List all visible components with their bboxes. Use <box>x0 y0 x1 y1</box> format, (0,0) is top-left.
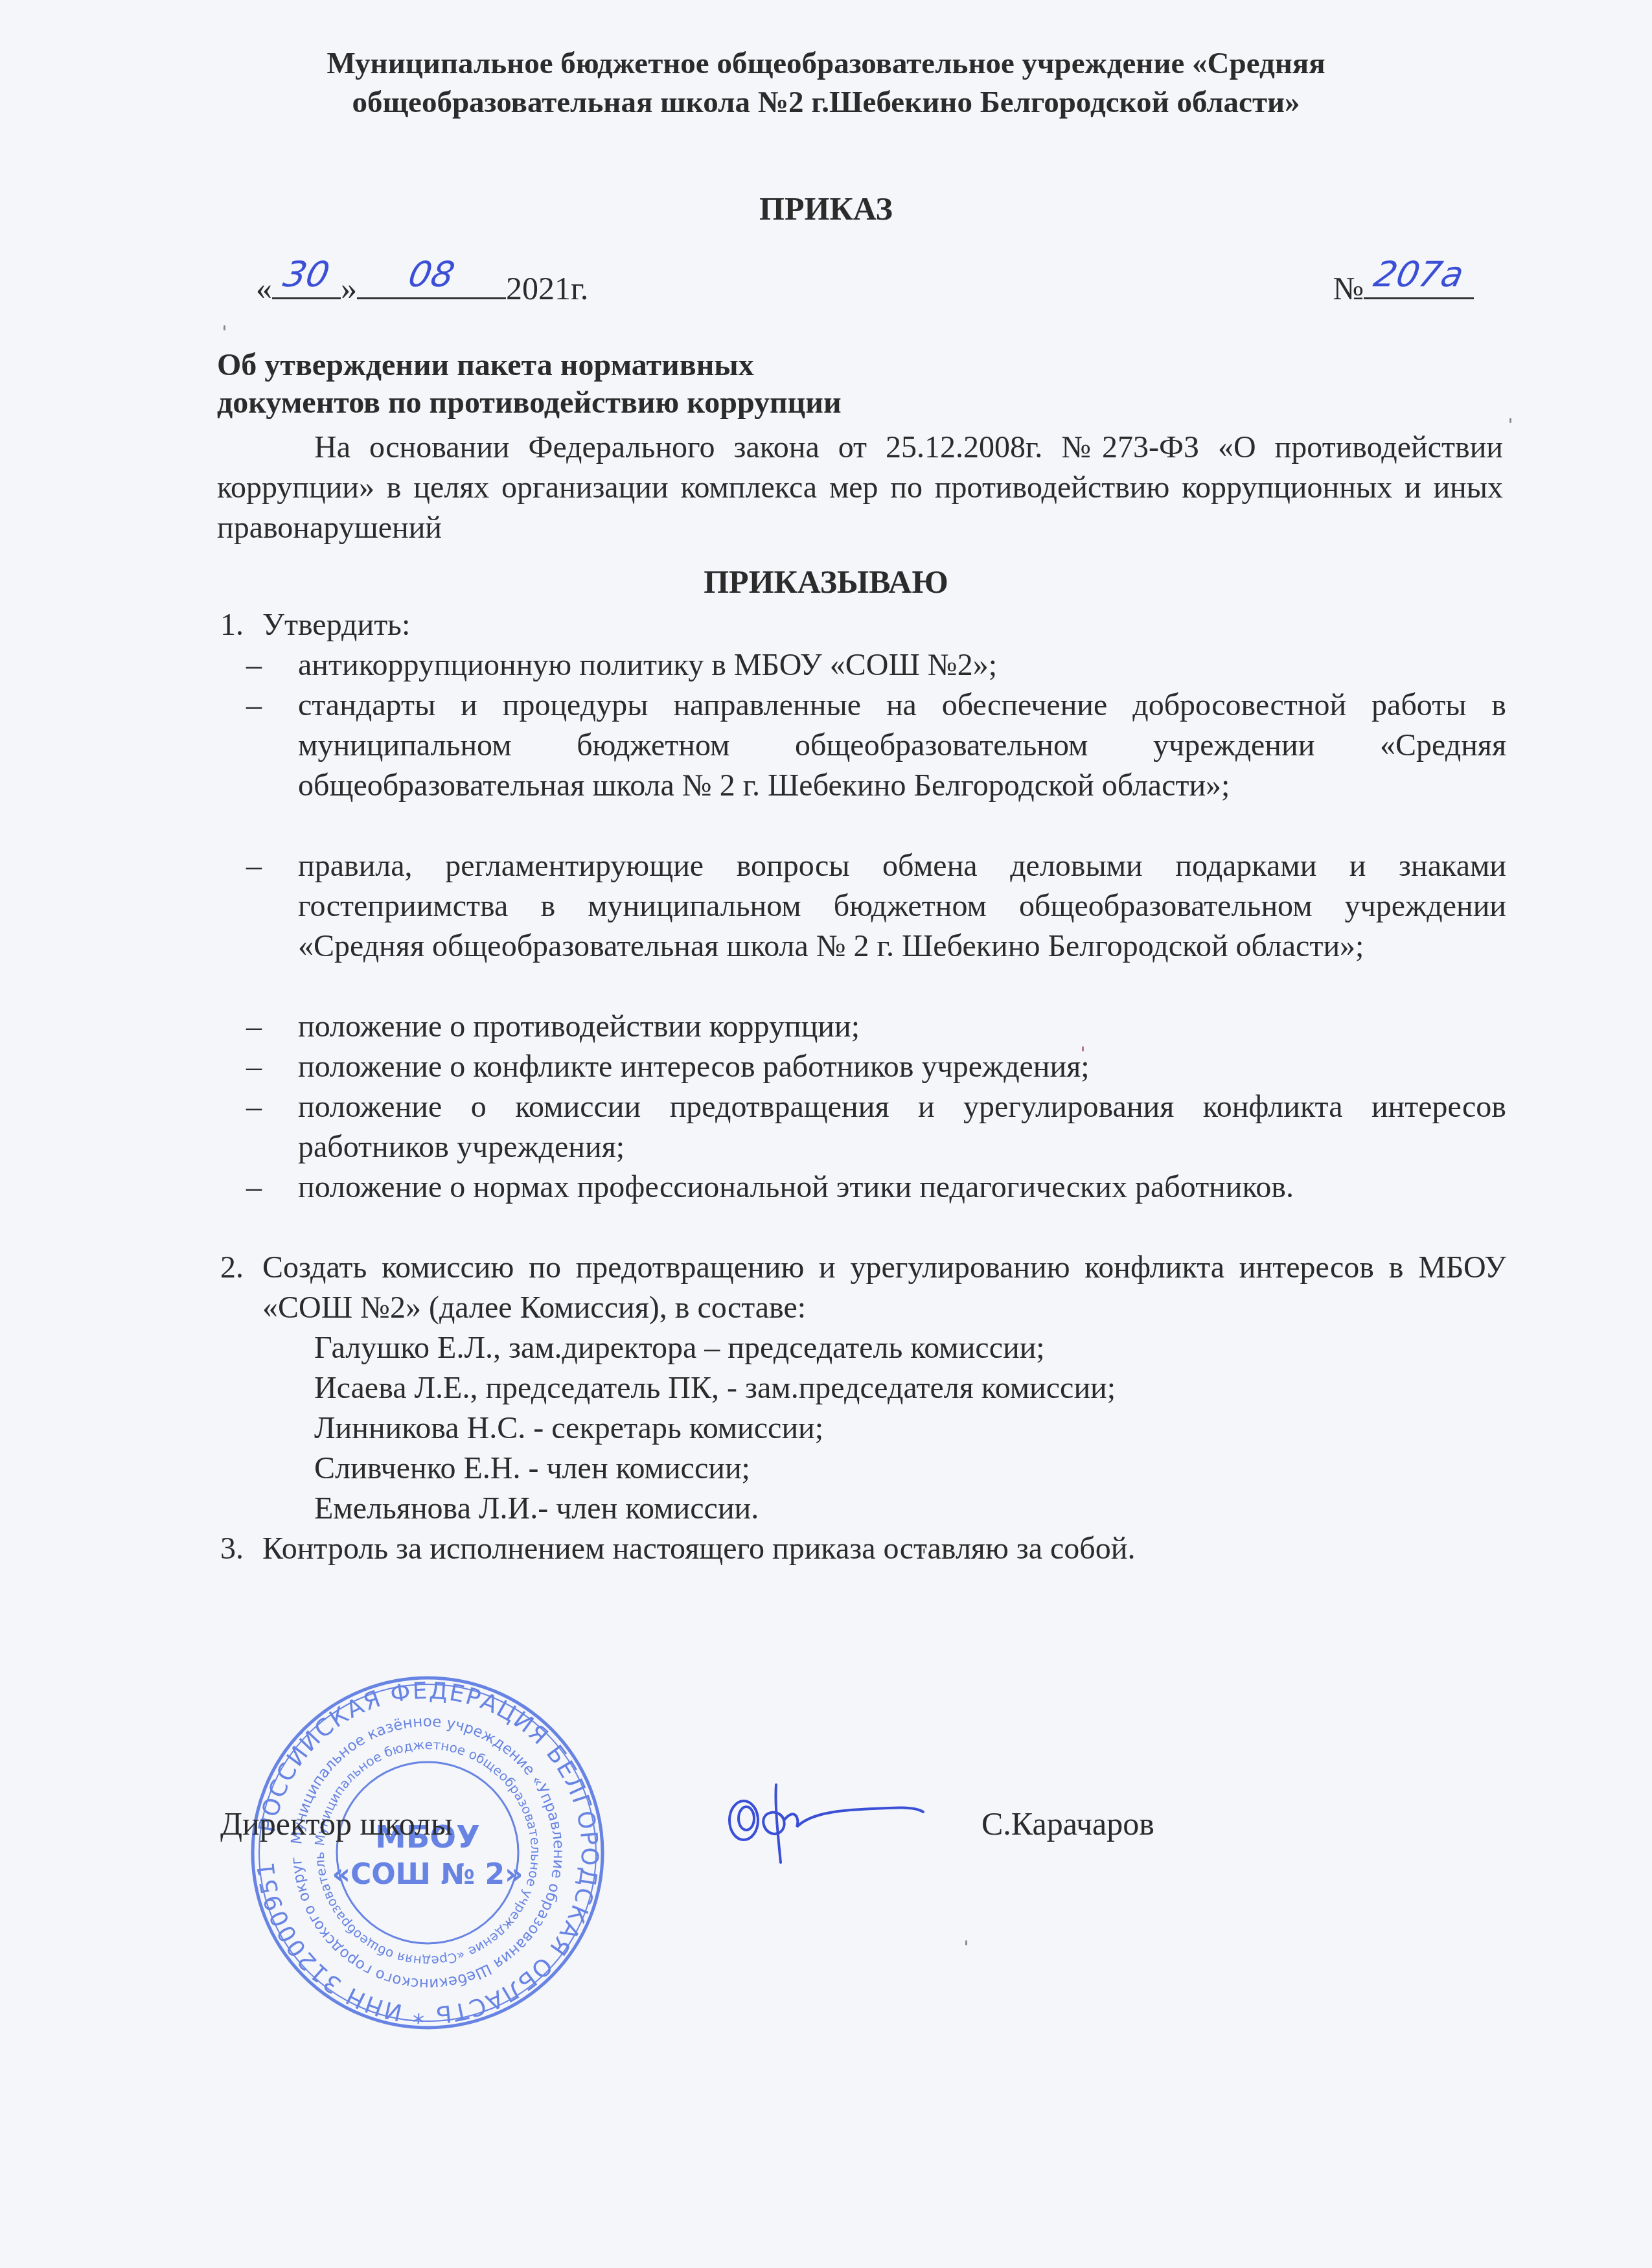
handwritten-number: 207а <box>1360 257 1477 292</box>
sub-item-text: положение о комиссии предотвращения и ур… <box>298 1087 1506 1167</box>
scan-speck <box>1509 418 1511 423</box>
sub-item-ethics-norms: – положение о нормах профессиональной эт… <box>220 1167 1506 1208</box>
commission-member-3: Линникова Н.С. - секретарь комиссии; <box>314 1408 823 1449</box>
subject-line-1: Об утверждении пакета нормативных <box>217 347 842 384</box>
sub-item-standards: – стандарты и процедуры направленные на … <box>220 685 1506 806</box>
dash-bullet: – <box>246 1167 262 1208</box>
preamble-paragraph: На основании Федерального закона от 25.1… <box>217 428 1503 548</box>
handwritten-signature-icon <box>719 1765 952 1869</box>
scan-speck <box>1082 1046 1084 1051</box>
dash-bullet: – <box>246 1047 262 1087</box>
order-number: №207а <box>1333 262 1474 314</box>
sub-item-gift-rules: – правила, регламентирующие вопросы обме… <box>220 846 1506 967</box>
order-item-1: 1. Утвердить: <box>220 605 1506 645</box>
handwritten-day: 30 <box>268 257 344 292</box>
item-number: 3. <box>220 1529 244 1569</box>
year-text: 2021г. <box>506 270 588 306</box>
dash-bullet: – <box>246 1087 262 1127</box>
scan-speck <box>224 325 225 330</box>
commission-member-5: Емельянова Л.И.- член комиссии. <box>314 1489 759 1529</box>
item-number: 2. <box>220 1248 244 1288</box>
number-sign: № <box>1333 270 1364 306</box>
order-item-2: 2. Создать комиссию по предотвращению и … <box>220 1248 1506 1328</box>
sub-item-text: стандарты и процедуры направленные на об… <box>298 685 1506 806</box>
order-verb-heading: ПРИКАЗЫВАЮ <box>0 562 1652 601</box>
commission-member-4: Сливченко Е.Н. - член комиссии; <box>314 1449 750 1489</box>
order-title: ПРИКАЗ <box>0 188 1652 229</box>
month-blank: 08 <box>357 265 506 299</box>
scan-speck <box>923 1548 925 1553</box>
stamp-center-line-2: «СОШ № 2» <box>332 1858 523 1891</box>
sub-item-anticorruption-policy: – антикоррупционную политику в МБОУ «СОШ… <box>220 645 1506 685</box>
commission-member-1: Галушко Е.Л., зам.директора – председате… <box>314 1328 1045 1368</box>
subject-line-2: документов по противодействию коррупции <box>217 384 842 422</box>
dash-bullet: – <box>246 645 262 685</box>
order-subject: Об утверждении пакета нормативных докуме… <box>217 347 842 422</box>
signature-block: Директор школы С.Карачаров <box>220 1801 1451 1853</box>
item-text: Утвердить: <box>262 605 1506 645</box>
scanned-document-page: Муниципальное бюджетное общеобразователь… <box>0 0 1652 2268</box>
commission-member-2: Исаева Л.Е., председатель ПК, - зам.пред… <box>314 1368 1116 1408</box>
item-text: Контроль за исполнением настоящего прика… <box>262 1529 1506 1569</box>
sub-item-text: положение о противодействии коррупции; <box>298 1007 1506 1047</box>
handwritten-month: 08 <box>353 257 509 292</box>
order-item-3: 3. Контроль за исполнением настоящего пр… <box>220 1529 1506 1569</box>
sub-item-text: правила, регламентирующие вопросы обмена… <box>298 846 1506 967</box>
dash-bullet: – <box>246 846 262 886</box>
sub-item-text: антикоррупционную политику в МБОУ «СОШ №… <box>298 645 1506 685</box>
day-blank: 30 <box>272 265 341 299</box>
scan-speck <box>965 1940 967 1945</box>
sub-item-text: положение о конфликте интересов работник… <box>298 1047 1506 1087</box>
dash-bullet: – <box>246 1007 262 1047</box>
order-date: «30»082021г. <box>256 262 588 314</box>
dash-bullet: – <box>246 685 262 726</box>
sub-item-text: положение о нормах профессиональной этик… <box>298 1167 1506 1208</box>
institution-header-line-1: Муниципальное бюджетное общеобразователь… <box>194 44 1458 83</box>
number-blank: 207а <box>1364 265 1474 299</box>
institution-header-line-2: общеобразовательная школа №2 г.Шебекино … <box>194 83 1458 122</box>
sub-item-conflict-of-interest: – положение о конфликте интересов работн… <box>220 1047 1506 1087</box>
signatory-title: Директор школы <box>220 1801 453 1846</box>
official-seal-stamp-icon: РОССИЙСКАЯ ФЕДЕРАЦИЯ БЕЛГОРОДСКАЯ ОБЛАСТ… <box>246 1671 609 2034</box>
item-text: Создать комиссию по предотвращению и уре… <box>262 1248 1506 1328</box>
sub-item-anticorruption-regulation: – положение о противодействии коррупции; <box>220 1007 1506 1047</box>
sub-item-commission-regulation: – положение о комиссии предотвращения и … <box>220 1087 1506 1167</box>
signatory-name: С.Карачаров <box>981 1801 1154 1846</box>
order-date-number-row: «30»082021г. №207а <box>256 262 1474 314</box>
item-number: 1. <box>220 605 244 645</box>
